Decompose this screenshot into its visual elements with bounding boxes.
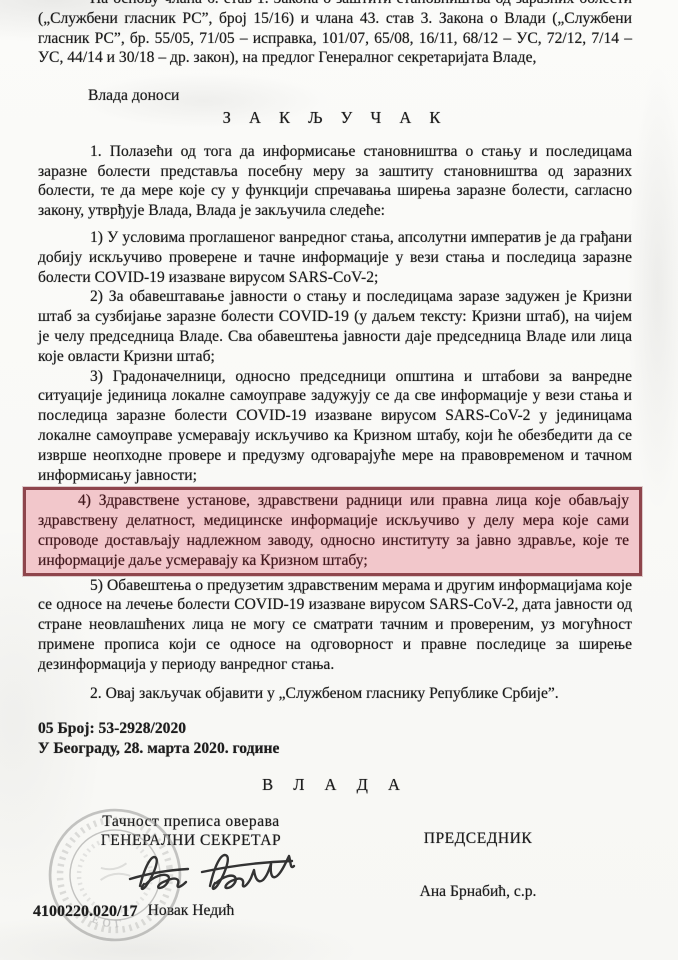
- document-body: На основу члана 6. став 1. Закона о зашт…: [38, 0, 632, 932]
- highlighted-annotation-box: 4) Здравствене установе, здравствени рад…: [23, 487, 642, 575]
- government-label: В Л А Д А: [38, 775, 632, 795]
- president-name: Ана Брнабић, с.р.: [388, 882, 568, 902]
- scanned-government-document: { "document": { "intro_paragraph": "На о…: [0, 0, 678, 960]
- president-title: ПРЕДСЕДНИК: [388, 829, 568, 849]
- document-number: 05 Број: 53-2928/2020: [38, 719, 632, 739]
- enacting-phrase: Влада доноси: [38, 86, 632, 106]
- item-2-paragraph: 2. Овај закључак објавити у „Службеном г…: [38, 684, 632, 704]
- handwritten-signature: [126, 846, 296, 898]
- point-3-paragraph: 3) Градоначелници, односно председници о…: [38, 367, 632, 486]
- reference-block: 05 Број: 53-2928/2020 У Београду, 28. ма…: [38, 719, 632, 759]
- place-and-date: У Београду, 28. марта 2020. године: [38, 739, 632, 759]
- point-5-paragraph: 5) Обавештења о предузетим здравственим …: [38, 576, 632, 675]
- point-4-paragraph-highlighted: 4) Здравствене установе, здравствени рад…: [38, 491, 629, 570]
- president-signature-block: ПРЕДСЕДНИК Ана Брнабић, с.р.: [388, 829, 568, 903]
- footer-archive-code: 4100220.020/17: [33, 903, 137, 921]
- intro-paragraph: На основу члана 6. став 1. Закона о зашт…: [38, 0, 632, 68]
- point-2-paragraph: 2) За обавештавање јавности о стању и по…: [38, 287, 632, 366]
- point-1-paragraph: 1) У условима проглашеног ванредног стањ…: [38, 228, 632, 287]
- item-1-paragraph: 1. Полазећи од тога да информисање стано…: [38, 142, 632, 221]
- document-title: З А К Љ У Ч А К: [38, 108, 632, 128]
